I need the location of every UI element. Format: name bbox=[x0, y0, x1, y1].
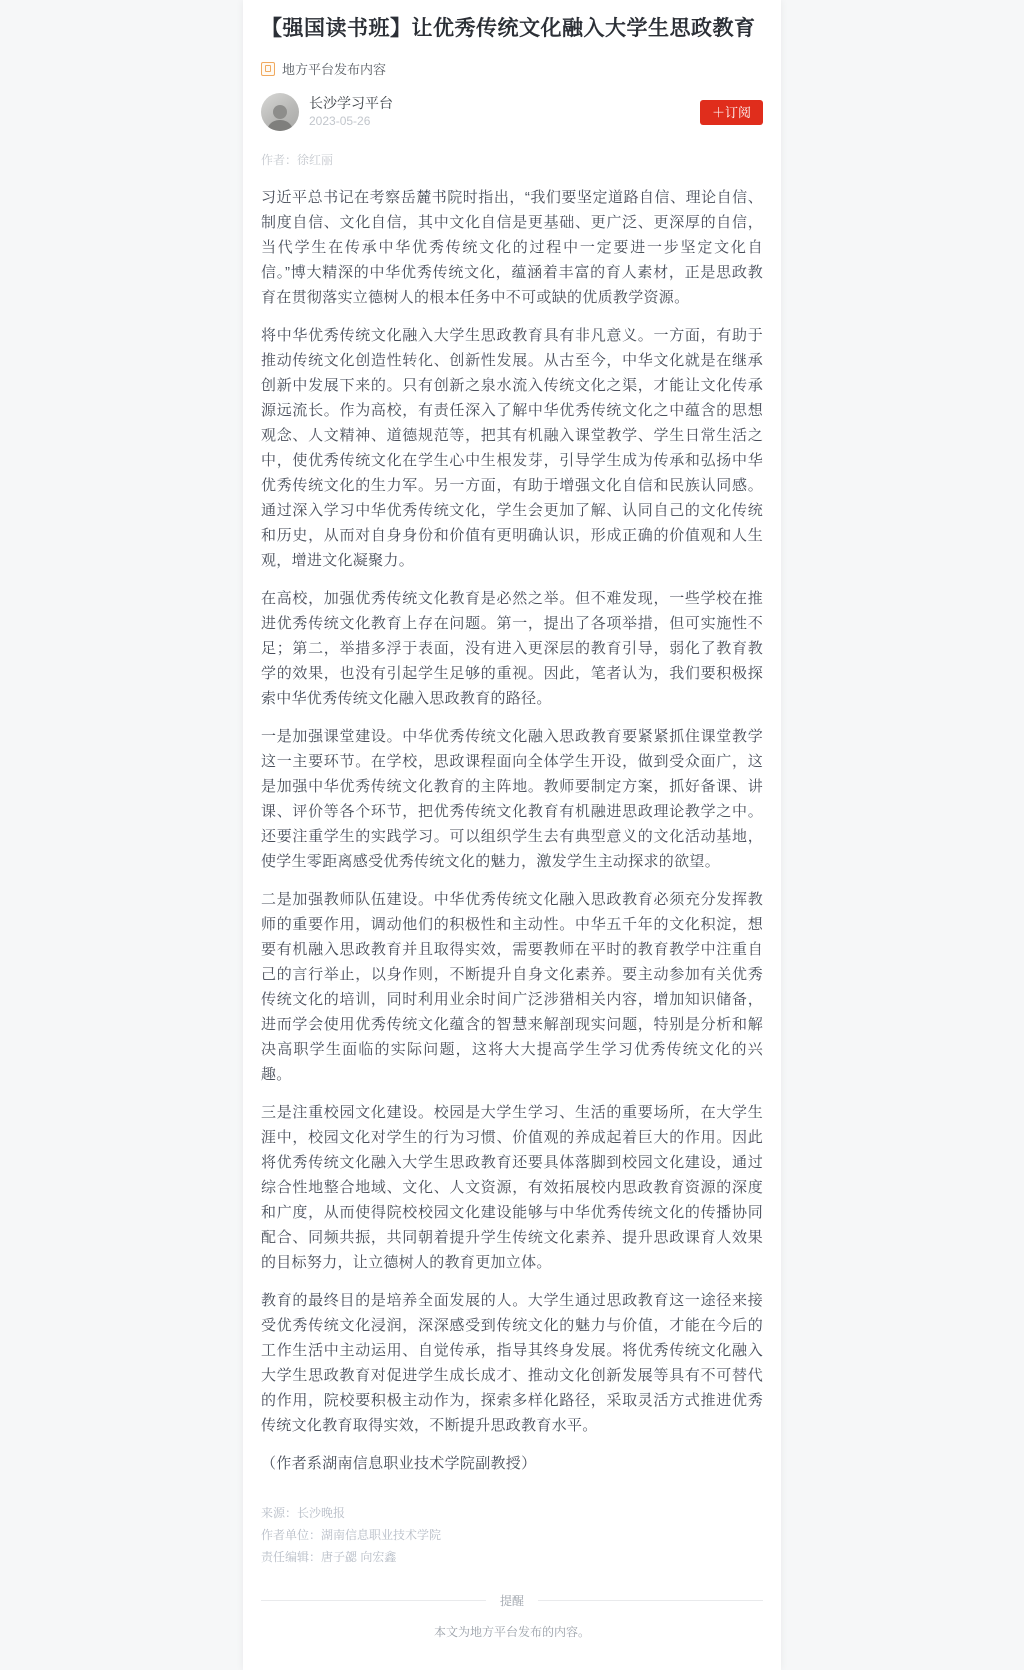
article-body: 习近平总书记在考察岳麓书院时指出，“我们要坚定道路自信、理论自信、制度自信、文化… bbox=[261, 185, 763, 1476]
reminder-text: 本文为地方平台发布的内容。 bbox=[261, 1623, 763, 1640]
article-paragraph: 三是注重校园文化建设。校园是大学生学习、生活的重要场所，在大学生涯中，校园文化对… bbox=[261, 1100, 763, 1275]
article-paragraph: 教育的最终目的是培养全面发展的人。大学生通过思政教育这一途径来接受优秀传统文化浸… bbox=[261, 1288, 763, 1438]
author-note: （作者系湖南信息职业技术学院副教授） bbox=[261, 1451, 763, 1476]
publish-date: 2023-05-26 bbox=[309, 113, 700, 130]
article-paragraph: 一是加强课堂建设。中华优秀传统文化融入思政教育要紧紧抓住课堂教学这一主要环节。在… bbox=[261, 724, 763, 874]
publisher-avatar[interactable] bbox=[261, 93, 299, 131]
publisher-row: 长沙学习平台 2023-05-26 ＋订阅 bbox=[261, 93, 763, 131]
author-unit-line: 作者单位：湖南信息职业技术学院 bbox=[261, 1524, 763, 1546]
divider-line bbox=[538, 1600, 763, 1601]
content-tag-label: 地方平台发布内容 bbox=[282, 59, 386, 78]
article-card: 【强国读书班】让优秀传统文化融入大学生思政教育 地方平台发布内容 长沙学习平台 … bbox=[243, 0, 781, 1670]
reminder-divider: 提醒 bbox=[261, 1592, 763, 1609]
local-platform-badge-icon bbox=[261, 62, 275, 76]
editor-line: 责任编辑：唐子勰 向宏鑫 bbox=[261, 1546, 763, 1568]
article-meta: 来源：长沙晚报 作者单位：湖南信息职业技术学院 责任编辑：唐子勰 向宏鑫 bbox=[261, 1502, 763, 1568]
publisher-name[interactable]: 长沙学习平台 bbox=[309, 94, 700, 112]
article-paragraph: 二是加强教师队伍建设。中华优秀传统文化融入思政教育必须充分发挥教师的重要作用，调… bbox=[261, 887, 763, 1087]
article-paragraph: 习近平总书记在考察岳麓书院时指出，“我们要坚定道路自信、理论自信、制度自信、文化… bbox=[261, 185, 763, 310]
divider-line bbox=[261, 1600, 486, 1601]
badge-inner-mark bbox=[265, 65, 271, 72]
publisher-info: 长沙学习平台 2023-05-26 bbox=[309, 94, 700, 130]
person-bust-icon bbox=[265, 101, 295, 131]
content-tag: 地方平台发布内容 bbox=[261, 59, 763, 78]
source-line: 来源：长沙晚报 bbox=[261, 1502, 763, 1524]
article-paragraph: 在高校，加强优秀传统文化教育是必然之举。但不难发现，一些学校在推进优秀传统文化教… bbox=[261, 586, 763, 711]
reminder-title: 提醒 bbox=[486, 1592, 538, 1609]
subscribe-button[interactable]: ＋订阅 bbox=[700, 100, 763, 125]
page-title: 【强国读书班】让优秀传统文化融入大学生思政教育 bbox=[261, 14, 763, 44]
page: 【强国读书班】让优秀传统文化融入大学生思政教育 地方平台发布内容 长沙学习平台 … bbox=[0, 0, 1024, 1670]
article-paragraph: 将中华优秀传统文化融入大学生思政教育具有非凡意义。一方面，有助于推动传统文化创造… bbox=[261, 323, 763, 573]
author-line: 作者：徐红丽 bbox=[261, 151, 763, 168]
